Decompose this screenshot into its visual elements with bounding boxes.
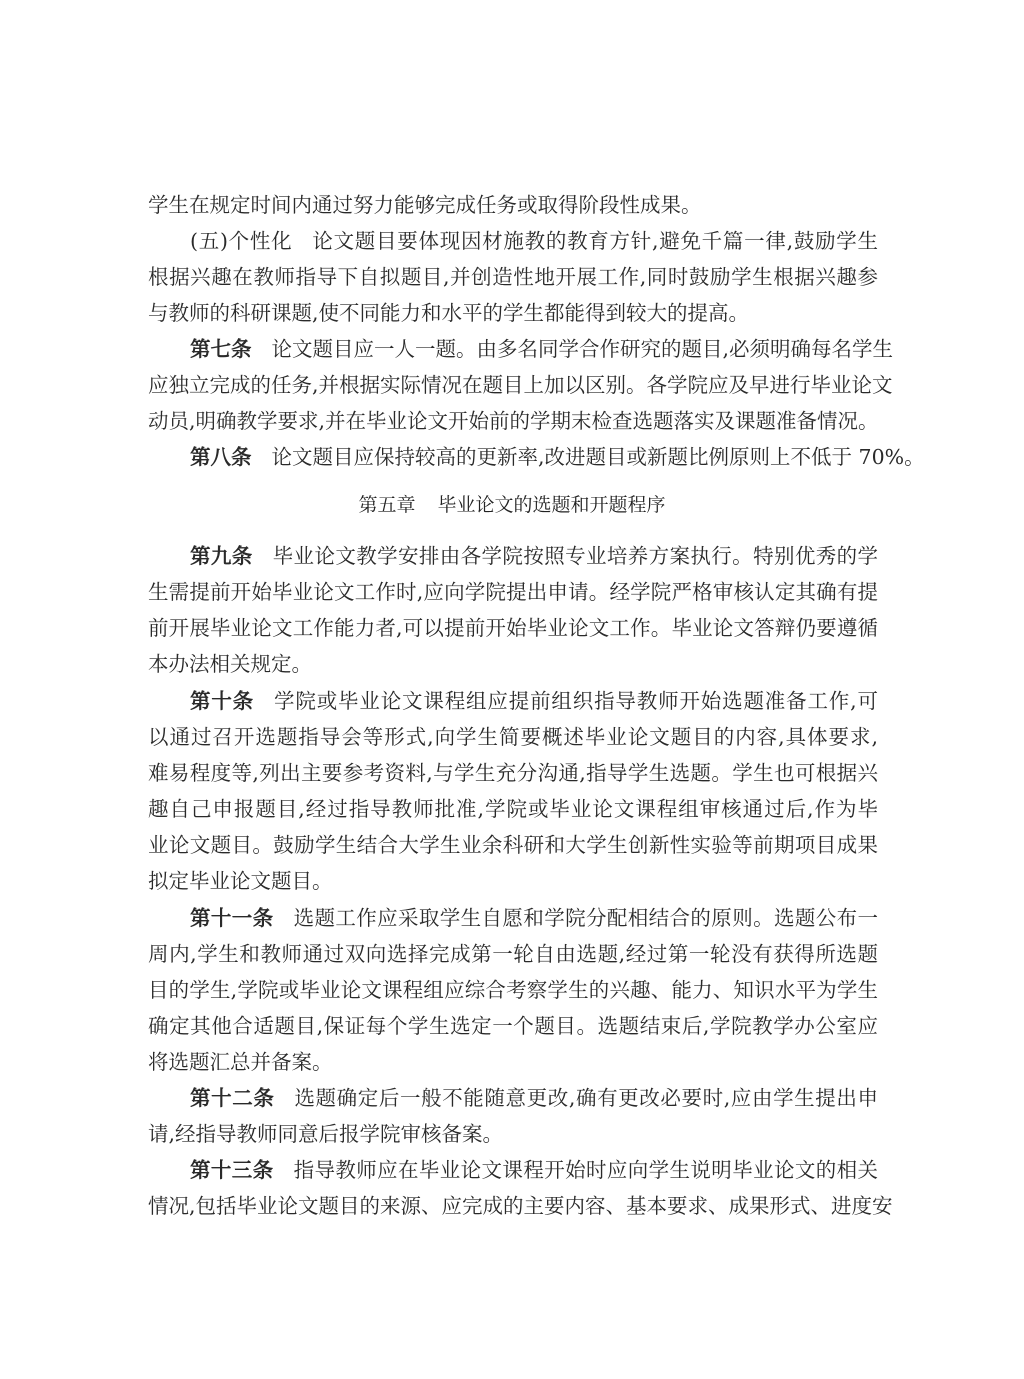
article-label: 第八条 <box>190 445 252 469</box>
paragraph-line: 与教师的科研课题,使不同能力和水平的学生都能得到较大的提高。 <box>148 298 878 328</box>
article-label: 第九条 <box>190 544 253 568</box>
article-label: 第七条 <box>190 337 252 361</box>
chapter-title: 毕业论文的选题和开题程序 <box>438 494 666 516</box>
paragraph-line: 以通过召开选题指导会等形式,向学生简要概述毕业论文题目的内容,具体要求, <box>148 722 878 752</box>
document-page: 学生在规定时间内通过努力能够完成任务或取得阶段性成果。 (五)个性化论文题目要体… <box>0 0 1024 1379</box>
paragraph-line: 生需提前开始毕业论文工作时,应向学院提出申请。经学院严格审核认定其确有提 <box>148 577 878 607</box>
article-line: 第八条论文题目应保持较高的更新率,改进题目或新题比例原则上不低于 70%。 <box>190 442 878 472</box>
paragraph-text: 毕业论文教学安排由各学院按照专业培养方案执行。特别优秀的学 <box>273 544 878 568</box>
paragraph-line: 目的学生,学院或毕业论文课程组应综合考察学生的兴趣、能力、知识水平为学生 <box>148 975 878 1005</box>
paragraph-line: 业论文题目。鼓励学生结合大学生业余科研和大学生创新性实验等前期项目成果 <box>148 830 878 860</box>
chapter-number: 第五章 <box>358 494 415 516</box>
article-line: 第十二条选题确定后一般不能随意更改,确有更改必要时,应由学生提出申 <box>190 1083 878 1113</box>
article-line: 第十一条选题工作应采取学生自愿和学院分配相结合的原则。选题公布一 <box>190 903 878 933</box>
article-label: 第十一条 <box>190 906 274 930</box>
paragraph-line: 确定其他合适题目,保证每个学生选定一个题目。选题结束后,学院教学办公室应 <box>148 1011 878 1041</box>
article-line: 第九条毕业论文教学安排由各学院按照专业培养方案执行。特别优秀的学 <box>190 541 878 571</box>
paragraph-line: 请,经指导教师同意后报学院审核备案。 <box>148 1119 878 1149</box>
article-line: 第十三条指导教师应在毕业论文课程开始时应向学生说明毕业论文的相关 <box>190 1155 878 1185</box>
paragraph-text: 指导教师应在毕业论文课程开始时应向学生说明毕业论文的相关 <box>294 1158 878 1182</box>
chapter-heading: 第五章毕业论文的选题和开题程序 <box>0 490 1024 520</box>
paragraph-line: 应独立完成的任务,并根据实际情况在题目上加以区别。各学院应及早进行毕业论文 <box>148 370 878 400</box>
article-line: 第十条学院或毕业论文课程组应提前组织指导教师开始选题准备工作,可 <box>190 686 878 716</box>
paragraph-text: 论文题目要体现因材施教的教育方针,避免千篇一律,鼓励学生 <box>312 229 878 253</box>
paragraph-line: 根据兴趣在教师指导下自拟题目,并创造性地开展工作,同时鼓励学生根据兴趣参 <box>148 262 878 292</box>
paragraph-text: 选题工作应采取学生自愿和学院分配相结合的原则。选题公布一 <box>294 906 878 930</box>
paragraph-text: 论文题目应一人一题。由多名同学合作研究的题目,必须明确每名学生 <box>272 337 894 361</box>
paragraph-line: 动员,明确教学要求,并在毕业论文开始前的学期末检查选题落实及课题准备情况。 <box>148 406 878 436</box>
paragraph-line: 学生在规定时间内通过努力能够完成任务或取得阶段性成果。 <box>148 190 878 220</box>
paragraph-line: 情况,包括毕业论文题目的来源、应完成的主要内容、基本要求、成果形式、进度安 <box>148 1191 878 1221</box>
paragraph-line: (五)个性化论文题目要体现因材施教的教育方针,避免千篇一律,鼓励学生 <box>190 226 878 256</box>
article-label: 第十条 <box>190 689 254 713</box>
article-line: 第七条论文题目应一人一题。由多名同学合作研究的题目,必须明确每名学生 <box>190 334 878 364</box>
paragraph-line: 前开展毕业论文工作能力者,可以提前开始毕业论文工作。毕业论文答辩仍要遵循 <box>148 613 878 643</box>
paragraph-text: 学院或毕业论文课程组应提前组织指导教师开始选题准备工作,可 <box>274 689 878 713</box>
paragraph-text: 选题确定后一般不能随意更改,确有更改必要时,应由学生提出申 <box>294 1086 878 1110</box>
paragraph-line: 本办法相关规定。 <box>148 649 878 679</box>
paragraph-line: 难易程度等,列出主要参考资料,与学生充分沟通,指导学生选题。学生也可根据兴 <box>148 758 878 788</box>
article-label: 第十三条 <box>190 1158 274 1182</box>
paragraph-line: 将选题汇总并备案。 <box>148 1047 878 1077</box>
paragraph-line: 趣自己申报题目,经过指导教师批准,学院或毕业论文课程组审核通过后,作为毕 <box>148 794 878 824</box>
item-label: (五)个性化 <box>190 229 292 253</box>
paragraph-line: 拟定毕业论文题目。 <box>148 866 878 896</box>
article-label: 第十二条 <box>190 1086 274 1110</box>
paragraph-line: 周内,学生和教师通过双向选择完成第一轮自由选题,经过第一轮没有获得所选题 <box>148 939 878 969</box>
paragraph-text: 论文题目应保持较高的更新率,改进题目或新题比例原则上不低于 70%。 <box>272 445 925 469</box>
